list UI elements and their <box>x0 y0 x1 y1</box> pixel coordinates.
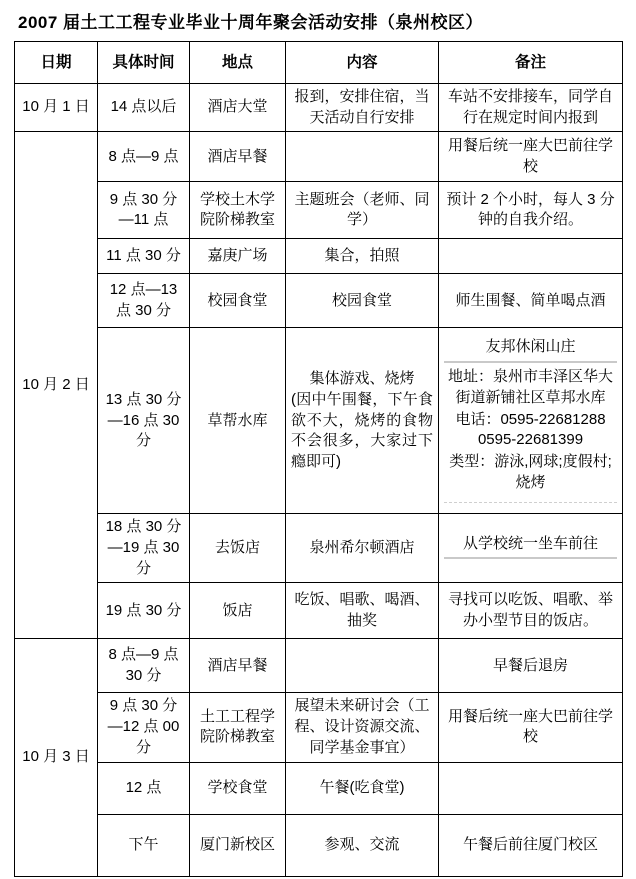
column-header-content: 内容 <box>286 42 439 84</box>
content-activity: 集体游戏、烧烤 <box>291 369 433 390</box>
time-cell: 11 点 30 分 <box>98 239 190 274</box>
content-cell: 午餐(吃食堂) <box>286 762 439 814</box>
column-header-note: 备注 <box>439 42 623 84</box>
table-row: 13 点 30 分—16 点 30 分 草帮水库 集体游戏、烧烤 (因中午围餐，… <box>15 328 623 514</box>
content-cell <box>286 132 439 182</box>
time-cell: 12 点—13 点 30 分 <box>98 274 190 328</box>
time-cell: 19 点 30 分 <box>98 583 190 639</box>
content-cell <box>286 639 439 693</box>
venue-phone: 电话：0595-22681288 0595-22681399 <box>444 410 617 451</box>
content-cell: 集体游戏、烧烤 (因中午围餐，下午食欲不大，烧烤的食物不会很多，大家过下瘾即可) <box>286 328 439 514</box>
table-row: 9 点 30 分—12 点 00 分 土工工程学院阶梯教室 展望未来研讨会（工程… <box>15 693 623 762</box>
place-cell: 酒店早餐 <box>190 639 286 693</box>
time-cell: 下午 <box>98 814 190 876</box>
table-row: 18 点 30 分—19 点 30 分 去饭店 泉州希尔顿酒店 从学校统一坐车前… <box>15 514 623 583</box>
note-cell: 寻找可以吃饭、唱歌、举办小型节目的饭店。 <box>439 583 623 639</box>
table-row: 10 月 3 日 8 点—9 点 30 分 酒店早餐 早餐后退房 <box>15 639 623 693</box>
table-row: 12 点—13 点 30 分 校园食堂 校园食堂 师生围餐、简单喝点酒 <box>15 274 623 328</box>
time-cell: 14 点以后 <box>98 84 190 132</box>
place-cell: 土工工程学院阶梯教室 <box>190 693 286 762</box>
note-cell: 友邦休闲山庄 地址：泉州市丰泽区华大街道新铺社区草邦水库 电话：0595-226… <box>439 328 623 514</box>
note-cell <box>439 239 623 274</box>
place-cell: 学校土木学院阶梯教室 <box>190 182 286 239</box>
venue-address: 地址：泉州市丰泽区华大街道新铺社区草邦水库 <box>444 367 617 408</box>
content-cell: 展望未来研讨会（工程、设计资源交流、同学基金事宜） <box>286 693 439 762</box>
place-cell: 酒店早餐 <box>190 132 286 182</box>
table-row: 19 点 30 分 饭店 吃饭、唱歌、喝酒、抽奖 寻找可以吃饭、唱歌、举办小型节… <box>15 583 623 639</box>
note-cell: 午餐后前往厦门校区 <box>439 814 623 876</box>
date-cell: 10 月 1 日 <box>15 84 98 132</box>
note-cell <box>439 762 623 814</box>
content-cell: 校园食堂 <box>286 274 439 328</box>
table-row: 11 点 30 分 嘉庚广场 集合，拍照 <box>15 239 623 274</box>
time-cell: 18 点 30 分—19 点 30 分 <box>98 514 190 583</box>
header-row: 日期 具体时间 地点 内容 备注 <box>15 42 623 84</box>
venue-type: 类型：游泳,网球;度假村;烧烤 <box>444 452 617 493</box>
table-row: 10 月 1 日 14 点以后 酒店大堂 报到，安排住宿，当天活动自行安排 车站… <box>15 84 623 132</box>
note-cell: 早餐后退房 <box>439 639 623 693</box>
place-cell: 酒店大堂 <box>190 84 286 132</box>
place-cell: 厦门新校区 <box>190 814 286 876</box>
place-cell: 饭店 <box>190 583 286 639</box>
divider-line <box>444 557 617 559</box>
content-cell: 吃饭、唱歌、喝酒、抽奖 <box>286 583 439 639</box>
content-cell: 泉州希尔顿酒店 <box>286 514 439 583</box>
page-title: 2007 届土工工程专业毕业十周年聚会活动安排（泉州校区） <box>18 8 622 33</box>
document-page: 2007 届土工工程专业毕业十周年聚会活动安排（泉州校区） 日期 具体时间 地点… <box>0 0 636 879</box>
note-text: 从学校统一坐车前往 <box>444 534 617 555</box>
content-cell: 主题班会（老师、同学） <box>286 182 439 239</box>
time-cell: 12 点 <box>98 762 190 814</box>
table-row: 下午 厦门新校区 参观、交流 午餐后前往厦门校区 <box>15 814 623 876</box>
time-cell: 8 点—9 点 30 分 <box>98 639 190 693</box>
time-cell: 9 点 30 分—11 点 <box>98 182 190 239</box>
schedule-table: 日期 具体时间 地点 内容 备注 10 月 1 日 14 点以后 酒店大堂 报到… <box>14 41 623 877</box>
content-cell: 集合，拍照 <box>286 239 439 274</box>
table-row: 12 点 学校食堂 午餐(吃食堂) <box>15 762 623 814</box>
content-remark: (因中午围餐，下午食欲不大，烧烤的食物不会很多，大家过下瘾即可) <box>291 390 433 473</box>
time-cell: 9 点 30 分—12 点 00 分 <box>98 693 190 762</box>
dashed-divider-line <box>444 502 617 503</box>
date-cell: 10 月 2 日 <box>15 132 98 639</box>
divider-line <box>444 361 617 363</box>
note-cell: 用餐后统一座大巴前往学校 <box>439 693 623 762</box>
note-cell: 师生围餐、简单喝点酒 <box>439 274 623 328</box>
time-cell: 8 点—9 点 <box>98 132 190 182</box>
column-header-date: 日期 <box>15 42 98 84</box>
note-cell: 车站不安排接车，同学自行在规定时间内报到 <box>439 84 623 132</box>
place-cell: 去饭店 <box>190 514 286 583</box>
note-cell: 用餐后统一座大巴前往学校 <box>439 132 623 182</box>
time-cell: 13 点 30 分—16 点 30 分 <box>98 328 190 514</box>
place-cell: 校园食堂 <box>190 274 286 328</box>
place-cell: 嘉庚广场 <box>190 239 286 274</box>
date-cell: 10 月 3 日 <box>15 639 98 876</box>
column-header-place: 地点 <box>190 42 286 84</box>
table-row: 10 月 2 日 8 点—9 点 酒店早餐 用餐后统一座大巴前往学校 <box>15 132 623 182</box>
content-cell: 参观、交流 <box>286 814 439 876</box>
table-row: 9 点 30 分—11 点 学校土木学院阶梯教室 主题班会（老师、同学） 预计 … <box>15 182 623 239</box>
note-cell: 预计 2 个小时，每人 3 分钟的自我介绍。 <box>439 182 623 239</box>
place-cell: 草帮水库 <box>190 328 286 514</box>
note-cell: 从学校统一坐车前往 <box>439 514 623 583</box>
place-cell: 学校食堂 <box>190 762 286 814</box>
venue-name: 友邦休闲山庄 <box>444 337 617 358</box>
content-cell: 报到，安排住宿，当天活动自行安排 <box>286 84 439 132</box>
column-header-time: 具体时间 <box>98 42 190 84</box>
